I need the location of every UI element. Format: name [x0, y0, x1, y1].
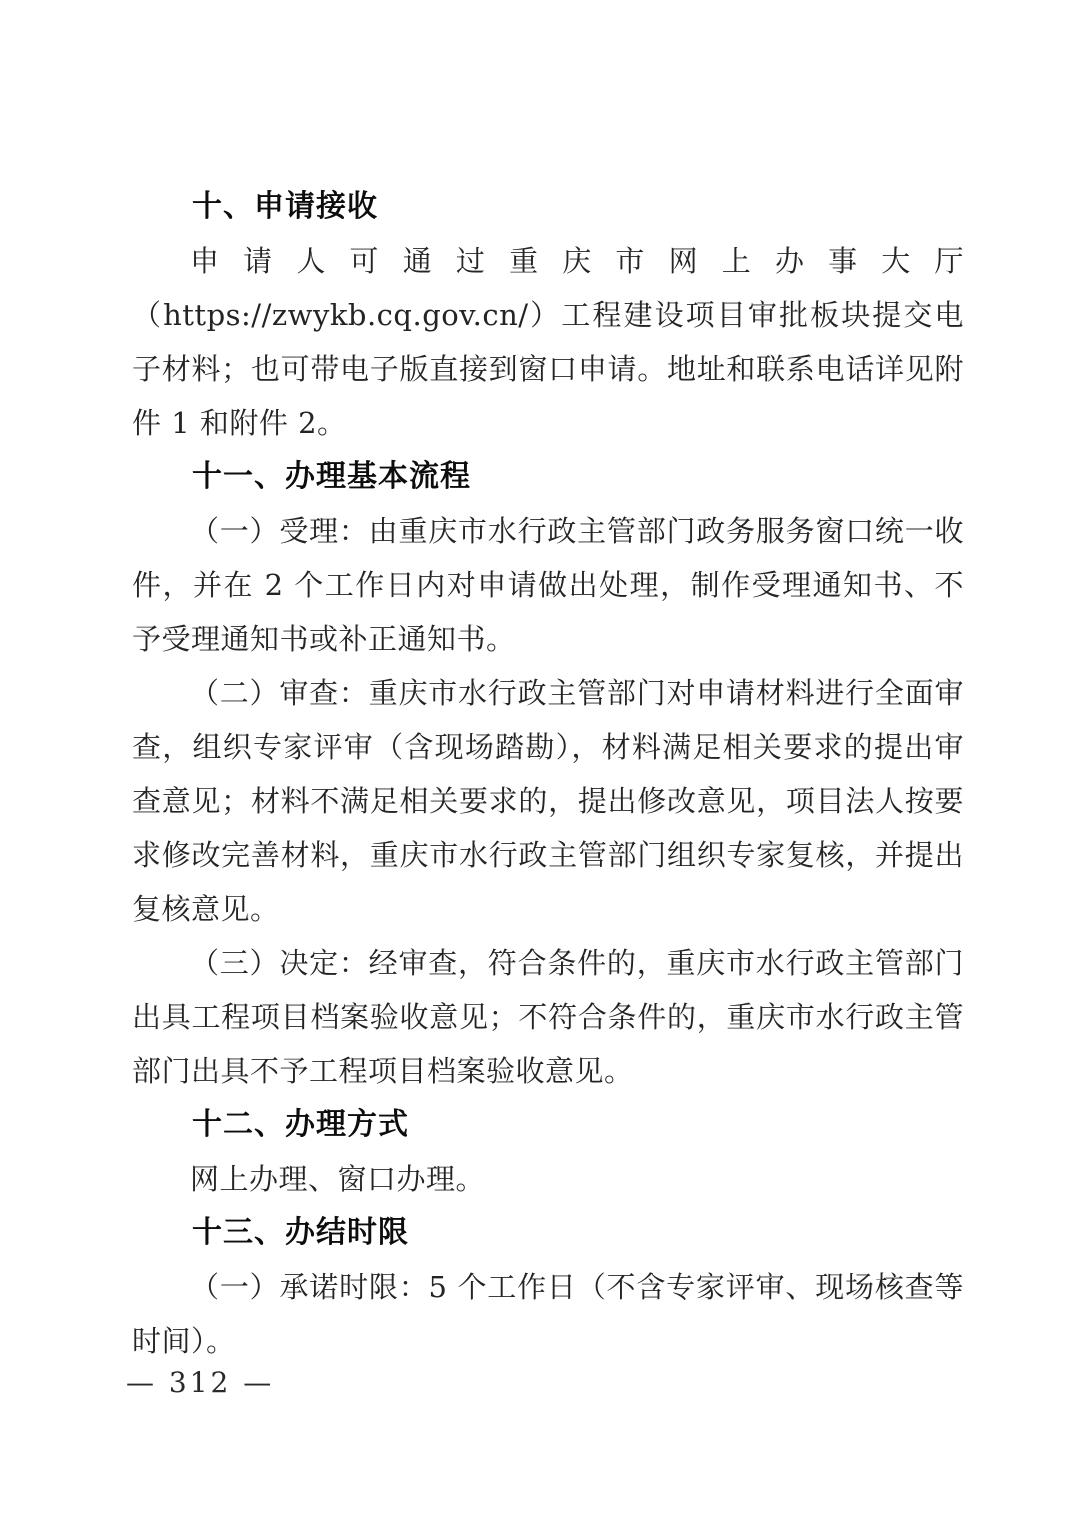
- paragraph-process-acceptance: （一）受理：由重庆市水行政主管部门政务服务窗口统一收件，并在 2 个工作日内对申…: [132, 504, 964, 666]
- paragraph-application-receipt: 申请人可通过重庆市网上办事大厅（https://zwykb.cq.gov.cn/…: [132, 234, 964, 450]
- document-content: 十、申请接收 申请人可通过重庆市网上办事大厅（https://zwykb.cq.…: [132, 180, 964, 1368]
- paragraph-time-limit-promise: （一）承诺时限：5 个工作日（不含专家评审、现场核查等时间）。: [132, 1260, 964, 1368]
- heading-application-receipt: 十、申请接收: [132, 180, 964, 234]
- paragraph-handling-method: 网上办理、窗口办理。: [132, 1152, 964, 1206]
- heading-time-limit: 十三、办结时限: [132, 1206, 964, 1260]
- document-page: 十、申请接收 申请人可通过重庆市网上办事大厅（https://zwykb.cq.…: [0, 0, 1075, 1519]
- paragraph-process-decision: （三）决定：经审查，符合条件的，重庆市水行政主管部门出具工程项目档案验收意见；不…: [132, 936, 964, 1098]
- paragraph-process-review: （二）审查：重庆市水行政主管部门对申请材料进行全面审查，组织专家评审（含现场踏勘…: [132, 666, 964, 936]
- heading-basic-process: 十一、办理基本流程: [132, 450, 964, 504]
- heading-handling-method: 十二、办理方式: [132, 1098, 964, 1152]
- page-number: — 312 —: [126, 1366, 274, 1400]
